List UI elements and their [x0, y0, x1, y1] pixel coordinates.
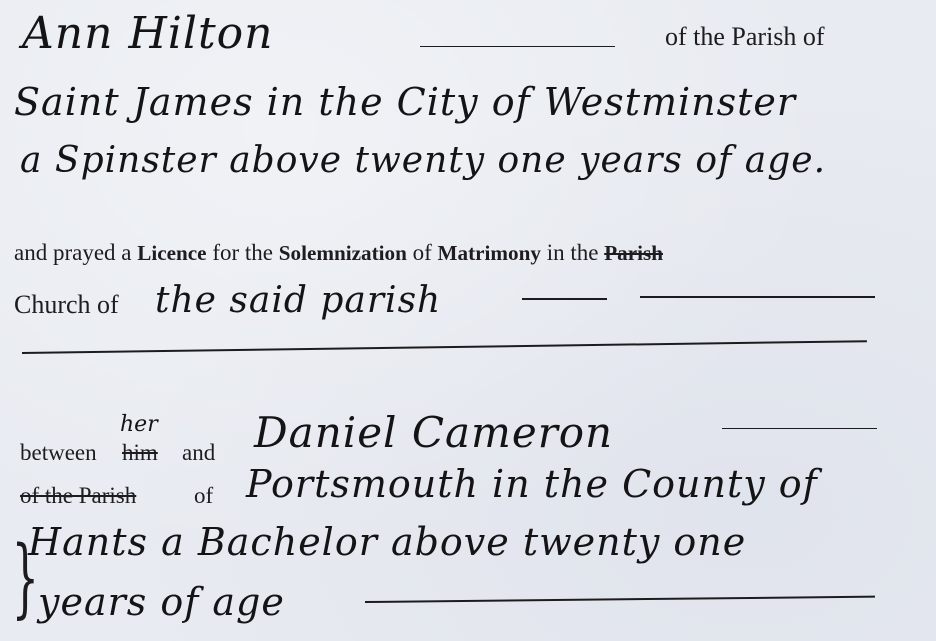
handwritten-groom-parish: Portsmouth in the County of [246, 462, 818, 506]
printed-licence-clause: and prayed a Licence for the Solemnizati… [14, 240, 663, 266]
inserted-word-her: her [120, 412, 158, 437]
struck-word-him: him [122, 440, 158, 466]
handwritten-years-of-age: years of age [38, 580, 285, 624]
fill-line [722, 428, 877, 429]
document-page: Ann Hilton of the Parish of Saint James … [0, 0, 936, 641]
text-licence: Licence [137, 241, 206, 265]
handwritten-bride-name: Ann Hilton [22, 8, 273, 59]
printed-of-the-parish-of: of the Parish of [665, 22, 825, 52]
handwritten-groom-status: Hants a Bachelor above twenty one [28, 520, 746, 564]
printed-of: of [194, 483, 213, 509]
fill-line [640, 296, 875, 298]
fill-line [420, 46, 615, 47]
handwritten-church-name: the said parish [155, 280, 441, 321]
text-solemnization: Solemnization [279, 241, 407, 265]
text-matrimony: Matrimony [438, 241, 541, 265]
text-in-the: in the [541, 240, 604, 265]
struck-word-parish: Parish [604, 241, 663, 265]
printed-church-of: Church of [14, 290, 119, 320]
handwritten-parish-location: Saint James in the City of Westminster [14, 80, 796, 124]
printed-between: between [20, 440, 97, 466]
text-and-prayed-a: and prayed a [14, 240, 137, 265]
struck-phrase-of-the-parish: of the Parish [20, 483, 136, 509]
fill-line [22, 340, 867, 354]
text-of: of [407, 240, 438, 265]
handwritten-groom-name: Daniel Cameron [254, 408, 613, 457]
printed-and: and [182, 440, 215, 466]
handwritten-bride-status: a Spinster above twenty one years of age… [20, 140, 826, 181]
fill-line [522, 298, 607, 300]
text-for-the: for the [207, 240, 279, 265]
fill-line [365, 596, 875, 603]
